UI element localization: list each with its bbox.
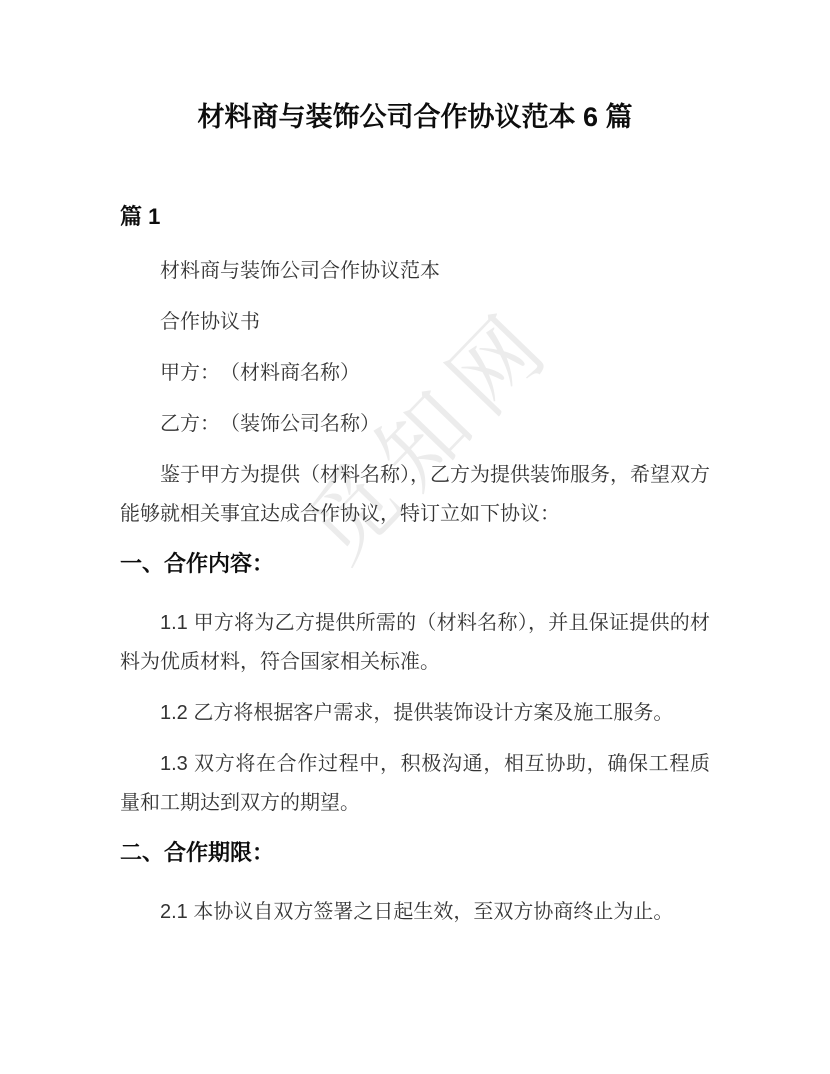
preamble-paragraph: 鉴于甲方为提供（材料名称），乙方为提供装饰服务，希望双方能够就相关事宜达成合作协… xyxy=(120,456,710,534)
document-content: 材料商与装饰公司合作协议范本 6 篇 篇 1 材料商与装饰公司合作协议范本 合作… xyxy=(0,0,830,932)
clause-paragraph: 1.2 乙方将根据客户需求，提供装饰设计方案及施工服务。 xyxy=(120,694,710,733)
part-label: 篇 1 xyxy=(120,202,710,232)
document-title: 材料商与装饰公司合作协议范本 6 篇 xyxy=(120,100,710,134)
intro-paragraph: 材料商与装饰公司合作协议范本 xyxy=(120,252,710,291)
clause-paragraph: 1.1 甲方将为乙方提供所需的（材料名称），并且保证提供的材料为优质材料，符合国… xyxy=(120,604,710,682)
intro-paragraph: 合作协议书 xyxy=(120,303,710,342)
party-b-line: 乙方： （装饰公司名称） xyxy=(120,405,710,444)
section-heading: 二、合作期限： xyxy=(120,837,710,869)
section-heading: 一、合作内容： xyxy=(120,548,710,580)
clause-paragraph: 1.3 双方将在合作过程中，积极沟通，相互协助，确保工程质量和工期达到双方的期望… xyxy=(120,745,710,823)
document-page: 觅知网 材料商与装饰公司合作协议范本 6 篇 篇 1 材料商与装饰公司合作协议范… xyxy=(0,0,830,1074)
section-cooperation-term: 二、合作期限： 2.1 本协议自双方签署之日起生效，至双方协商终止为止。 xyxy=(120,837,710,932)
section-cooperation-content: 一、合作内容： 1.1 甲方将为乙方提供所需的（材料名称），并且保证提供的材料为… xyxy=(120,548,710,823)
clause-paragraph: 2.1 本协议自双方签署之日起生效，至双方协商终止为止。 xyxy=(120,893,710,932)
party-a-line: 甲方： （材料商名称） xyxy=(120,354,710,393)
